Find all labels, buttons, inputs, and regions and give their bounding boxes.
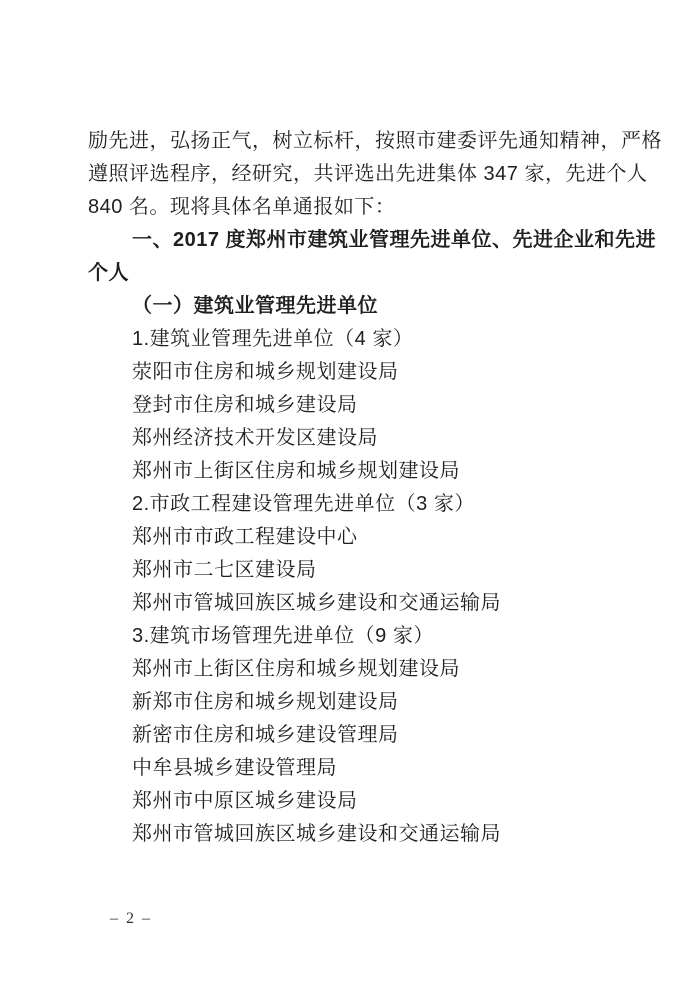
paragraph-line: 840 名。现将具体名单通报如下：: [88, 191, 628, 224]
document-page: 励先进，弘扬正气，树立标杆，按照市建委评先通知精神，严格遵照评选程序，经研究，共…: [0, 0, 700, 991]
paragraph-line: 励先进，弘扬正气，树立标杆，按照市建委评先通知精神，严格: [88, 125, 628, 158]
page-footer: – 2 –: [110, 908, 152, 930]
page-number: – 2 –: [110, 910, 152, 927]
list-item: 中牟县城乡建设管理局: [88, 752, 628, 785]
section-heading-line: 一、2017 度郑州市建筑业管理先进单位、先进企业和先进: [88, 224, 628, 257]
list-item: 郑州市管城回族区城乡建设和交通运输局: [88, 818, 628, 851]
list-group-title: 1.建筑业管理先进单位（4 家）: [88, 323, 628, 356]
sub-section-heading: （一）建筑业管理先进单位: [88, 290, 628, 323]
list-item: 郑州市上街区住房和城乡规划建设局: [88, 455, 628, 488]
list-group-title: 2.市政工程建设管理先进单位（3 家）: [88, 488, 628, 521]
list-item: 登封市住房和城乡建设局: [88, 389, 628, 422]
paragraph-line: 遵照评选程序，经研究，共评选出先进集体 347 家，先进个人: [88, 158, 628, 191]
document-body: 励先进，弘扬正气，树立标杆，按照市建委评先通知精神，严格遵照评选程序，经研究，共…: [88, 125, 628, 851]
list-item: 新密市住房和城乡建设管理局: [88, 719, 628, 752]
list-item: 郑州市中原区城乡建设局: [88, 785, 628, 818]
list-item: 新郑市住房和城乡规划建设局: [88, 686, 628, 719]
list-item: 郑州市管城回族区城乡建设和交通运输局: [88, 587, 628, 620]
list-item: 郑州经济技术开发区建设局: [88, 422, 628, 455]
section-heading-line: 个人: [88, 257, 628, 290]
list-item: 郑州市市政工程建设中心: [88, 521, 628, 554]
list-group-title: 3.建筑市场管理先进单位（9 家）: [88, 620, 628, 653]
list-item: 郑州市二七区建设局: [88, 554, 628, 587]
list-item: 荥阳市住房和城乡规划建设局: [88, 356, 628, 389]
list-item: 郑州市上街区住房和城乡规划建设局: [88, 653, 628, 686]
